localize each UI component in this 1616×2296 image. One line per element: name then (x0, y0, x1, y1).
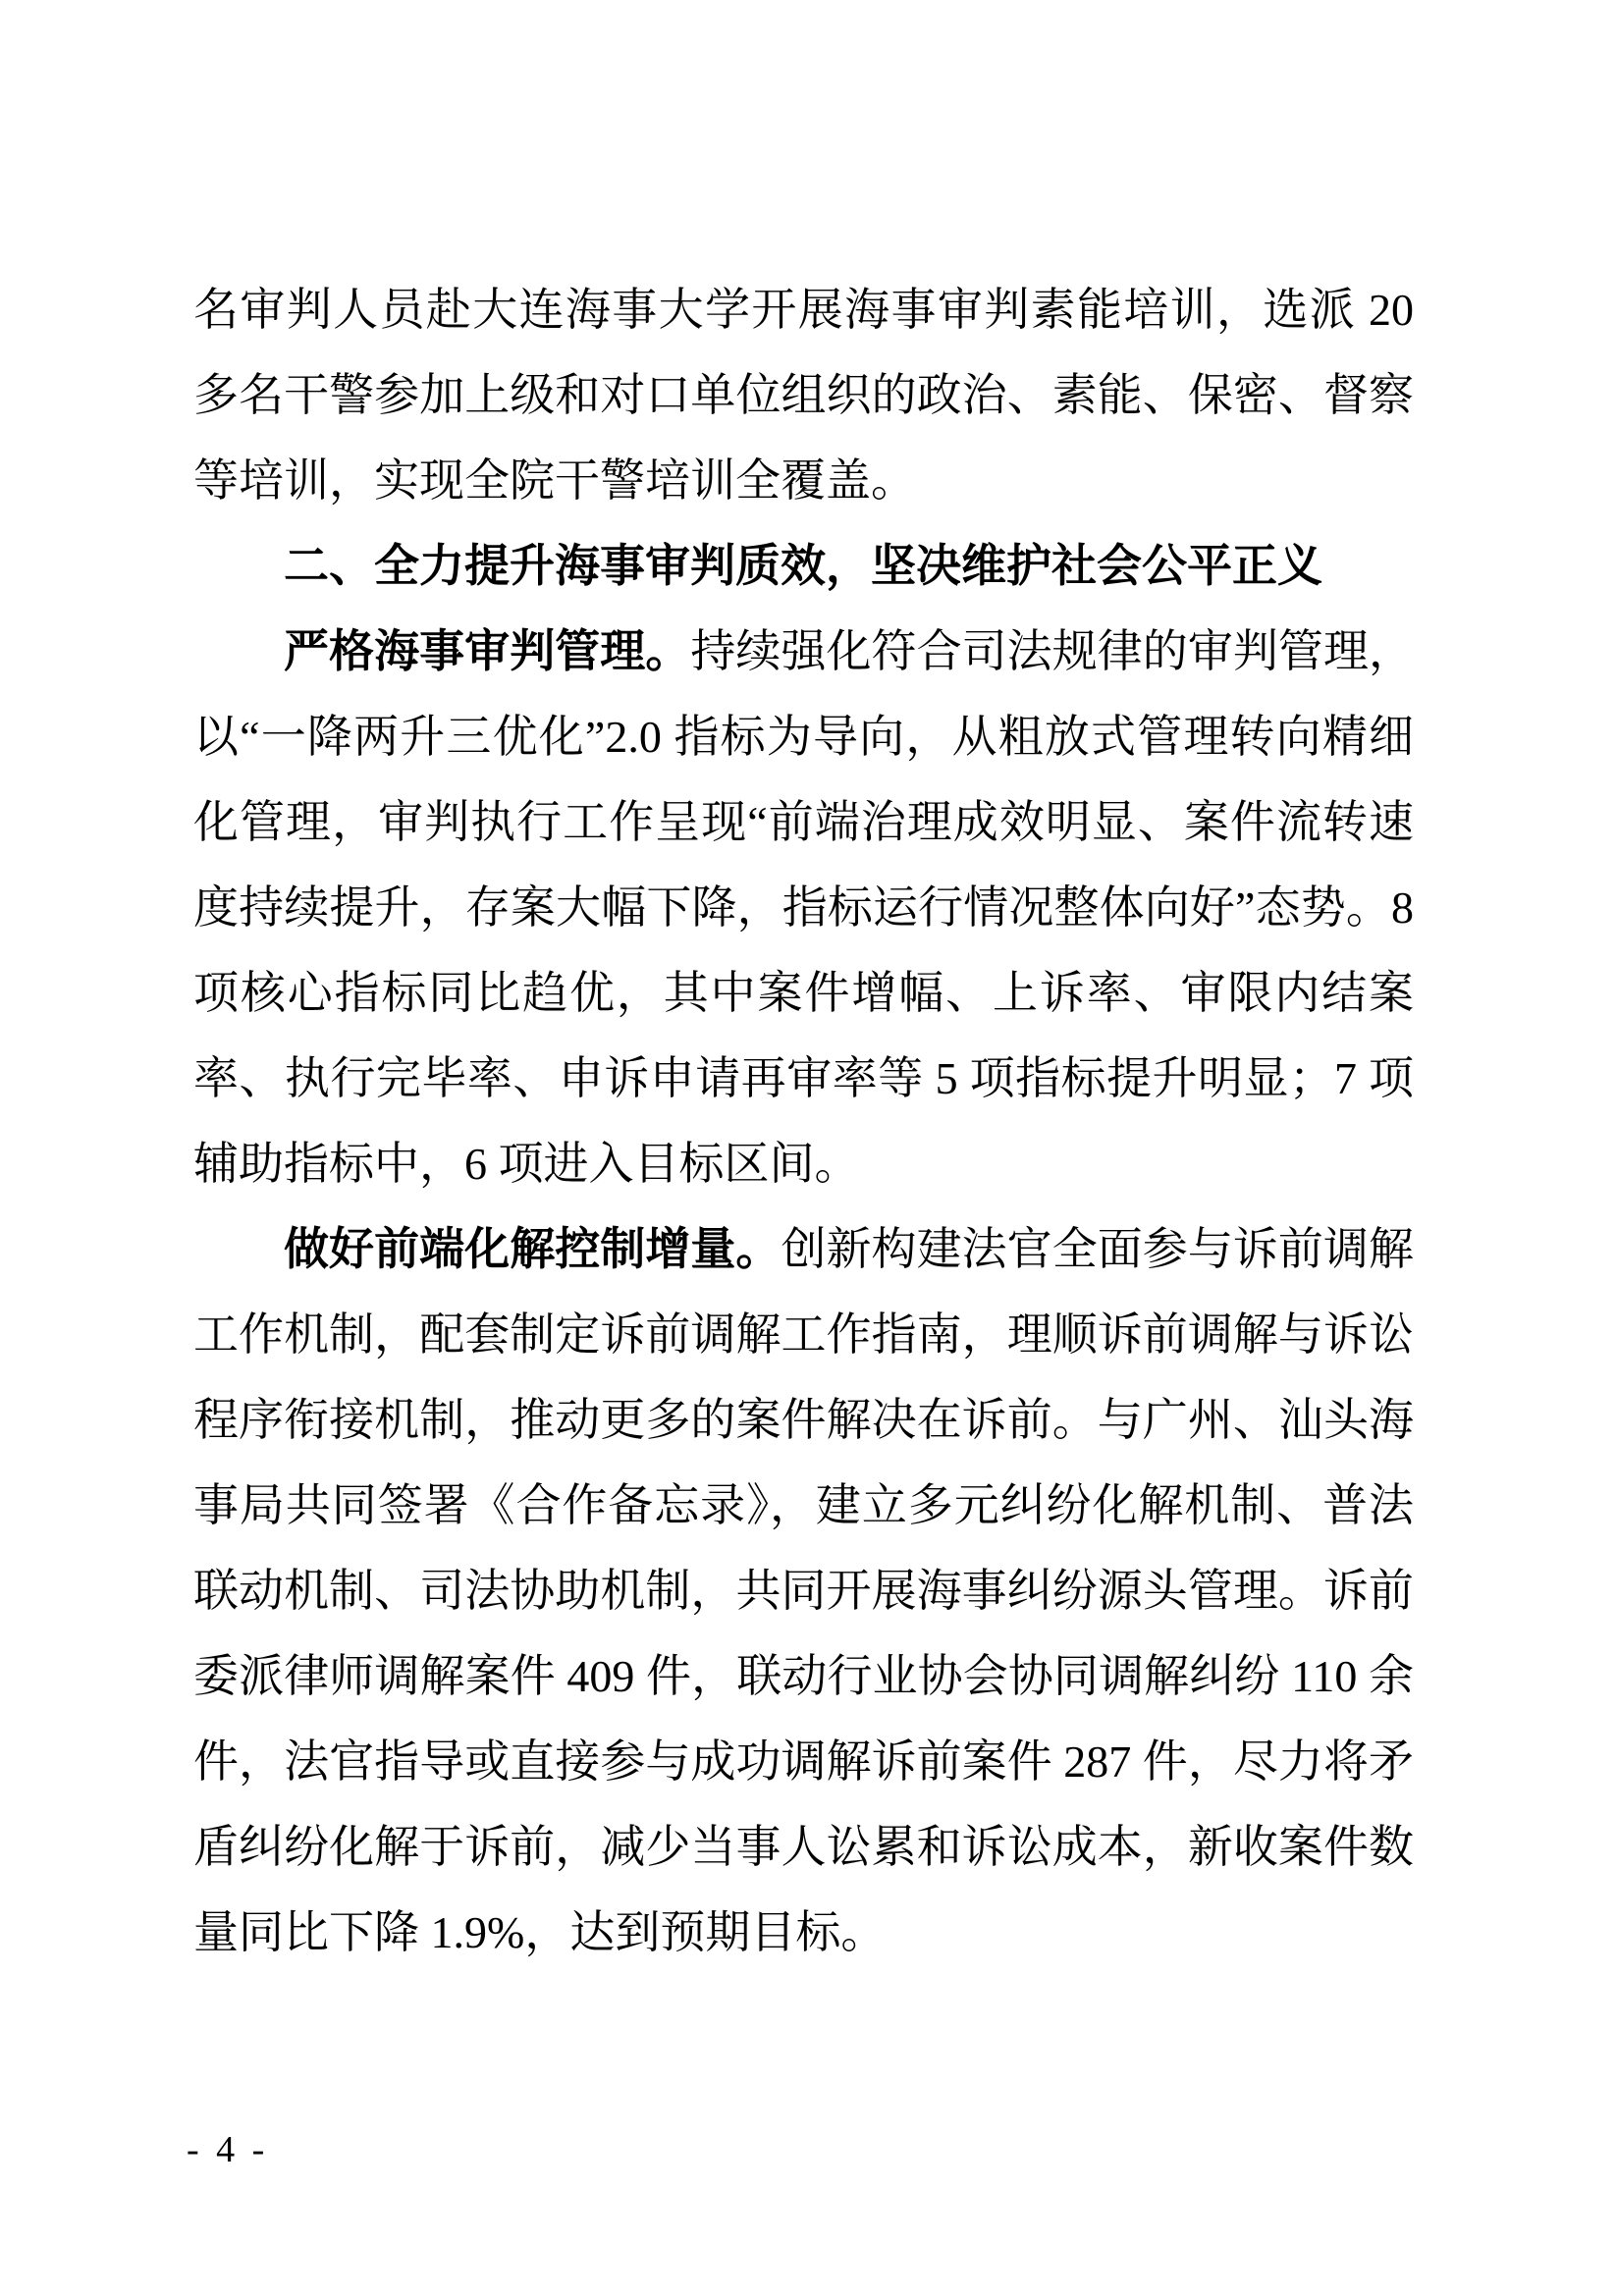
paragraph-front-end-resolution: 做好前端化解控制增量。创新构建法官全面参与诉前调解工作机制，配套制定诉前调解工作… (193, 1206, 1414, 1975)
paragraph-strict-trial-management: 严格海事审判管理。持续强化符合司法规律的审判管理，以“一降两升三优化”2.0 指… (193, 609, 1414, 1206)
text-run: 创新构建法官全面参与诉前调解工作机制，配套制定诉前调解工作指南，理顺诉前调解与诉… (193, 1224, 1414, 1957)
page-number: - 4 - (187, 2128, 268, 2171)
text-run: 持续强化符合司法规律的审判管理，以“一降两升三优化”2.0 指标为导向，从粗放式… (193, 626, 1414, 1189)
bold-text-run: 严格海事审判管理。 (284, 625, 690, 676)
bold-text-run: 做好前端化解控制增量。 (284, 1223, 781, 1274)
paragraph-training-continuation: 名审判人员赴大连海事大学开展海事审判素能培训，选派 20 多名干警参加上级和对口… (193, 267, 1414, 523)
bold-text-run: 二、全力提升海事审判质效，坚决维护社会公平正义 (284, 540, 1322, 591)
heading-section-two: 二、全力提升海事审判质效，坚决维护社会公平正义 (193, 523, 1414, 609)
document-page: 名审判人员赴大连海事大学开展海事审判素能培训，选派 20 多名干警参加上级和对口… (0, 0, 1616, 2296)
document-body: 名审判人员赴大连海事大学开展海事审判素能培训，选派 20 多名干警参加上级和对口… (193, 267, 1414, 1975)
text-run: 名审判人员赴大连海事大学开展海事审判素能培训，选派 20 多名干警参加上级和对口… (193, 285, 1414, 506)
